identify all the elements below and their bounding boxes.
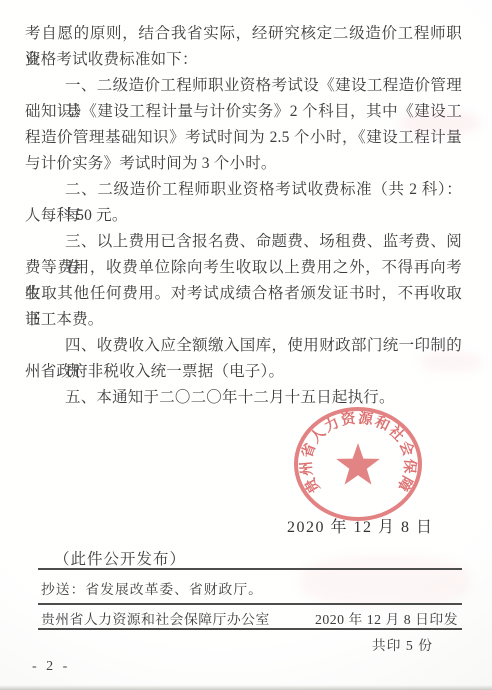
- body-line: 州省政府非税收入统一票据（电子）。: [25, 359, 462, 385]
- document-body: 考自愿的原则，结合我省实际，经研究核定二级造价工程师职业资格考试收费标准如下：一…: [25, 21, 462, 411]
- body-line: 费等费用，收费单位除向考生收取以上费用之外，不得再向考生: [25, 255, 462, 281]
- copies-count: 共印 5 份: [372, 634, 433, 654]
- body-line: 础知识》《建设工程计量与计价实务》2 个科目，其中《建设工: [25, 99, 462, 125]
- body-line: 资格考试收费标准如下：: [25, 47, 462, 73]
- body-line: 一、二级造价工程师职业资格考试设《建设工程造价管理基: [25, 73, 462, 99]
- body-line: 收取其他任何费用。对考试成绩合格者颁发证书时，不再收取证: [25, 281, 462, 307]
- body-line: 与计价实务》考试时间为 3 个小时。: [25, 151, 462, 177]
- cc-line: 抄送：省发展改革委、省财政厅。: [41, 578, 263, 598]
- ink-bleed-through: [300, 556, 470, 606]
- seal-star-icon: [336, 443, 380, 485]
- body-line: 人每科 50 元。: [25, 203, 462, 229]
- sign-date: 2020 年 12 月 8 日: [287, 514, 434, 537]
- body-line: 二、二级造价工程师职业资格考试收费标准（共 2 科）：每: [25, 177, 462, 203]
- print-date: 2020 年 12 月 8 日印发: [315, 608, 458, 628]
- divider-line: [38, 568, 462, 570]
- body-line: 书工本费。: [25, 307, 462, 333]
- document-page: 考自愿的原则，结合我省实际，经研究核定二级造价工程师职业资格考试收费标准如下：一…: [0, 0, 492, 690]
- divider-line: [38, 628, 462, 630]
- body-line: 三、以上费用已含报名费、命题费、场租费、监考费、阅卷: [25, 229, 462, 255]
- scan-edge-shadow: [0, 685, 492, 690]
- page-number: - 2 -: [32, 659, 70, 675]
- body-line: 考自愿的原则，结合我省实际，经研究核定二级造价工程师职业: [25, 21, 462, 47]
- body-line: 程造价管理基础知识》考试时间为 2.5 个小时，《建设工程计量: [25, 125, 462, 151]
- issuer-office: 贵州省人力资源和社会保障厅办公室: [41, 608, 270, 628]
- publish-note: （此件公开发布）: [54, 547, 186, 569]
- body-line: 四、收费收入应全额缴入国库，使用财政部门统一印制的贵: [25, 333, 462, 359]
- official-seal: 贵州省人力资源和社会保障厅: [288, 403, 428, 525]
- seal-org-text: 贵州省人力资源和社会保障厅: [288, 403, 419, 496]
- divider-line: [38, 603, 462, 605]
